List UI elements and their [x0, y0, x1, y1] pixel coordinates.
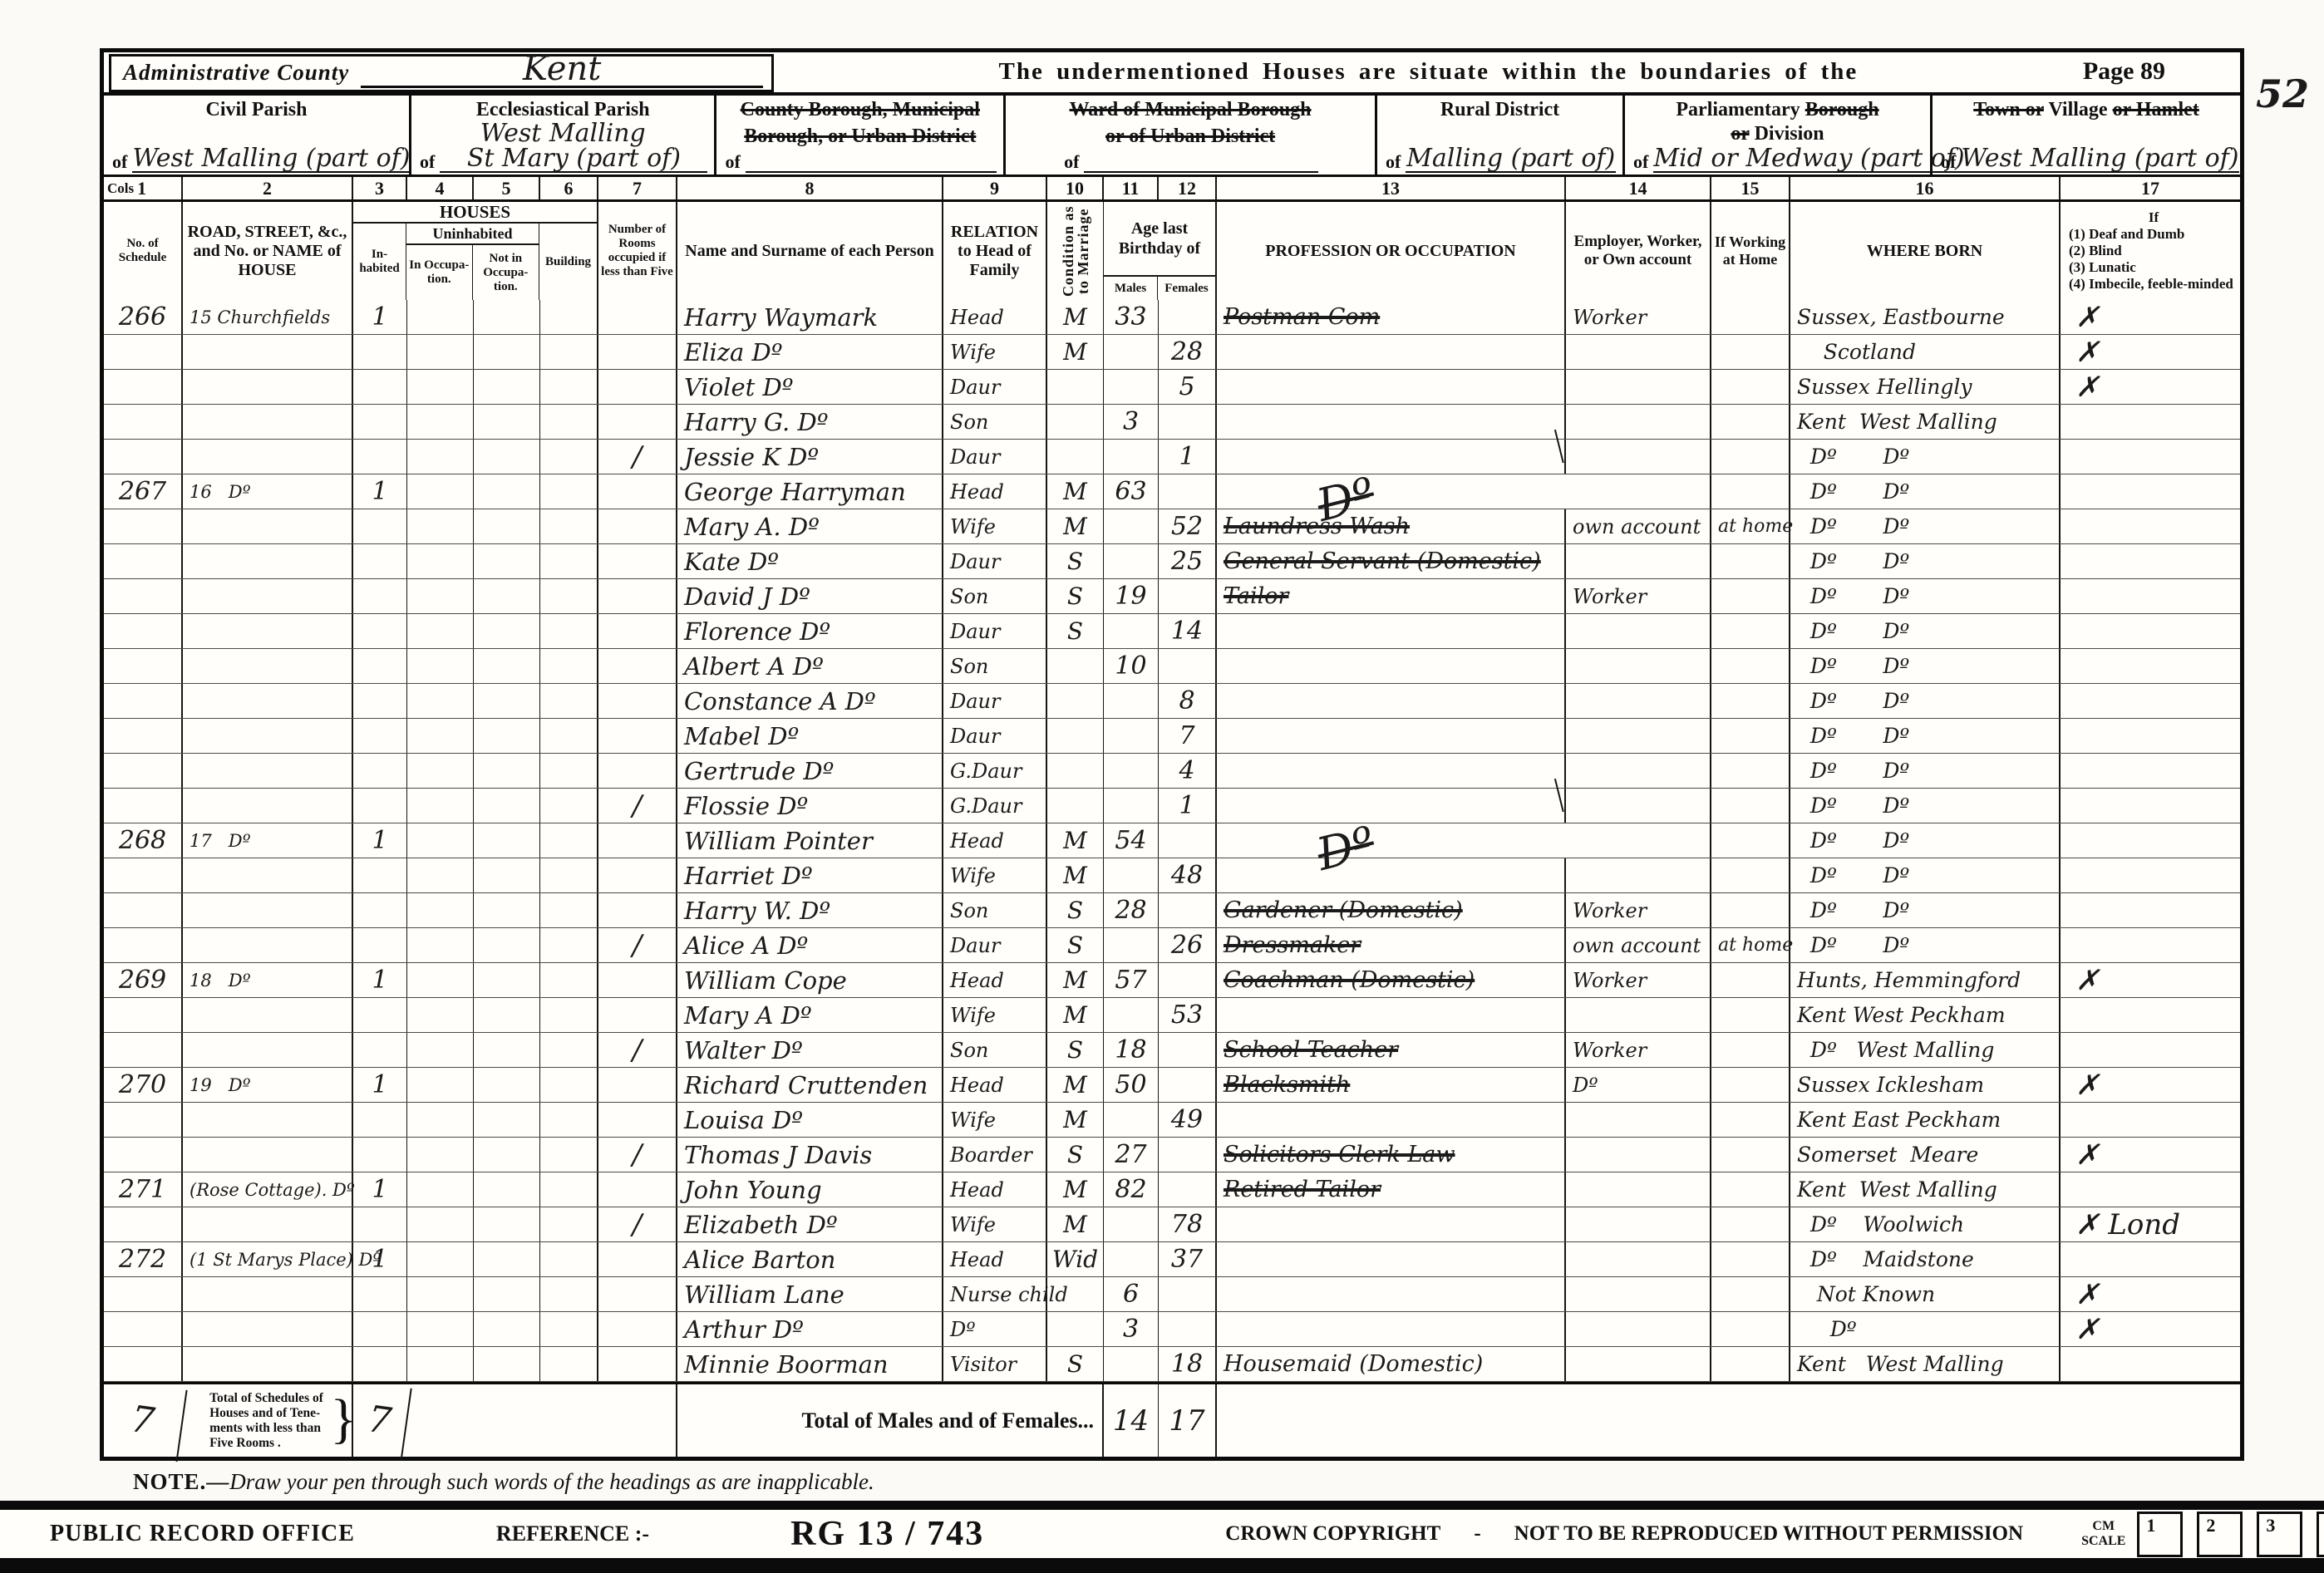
rooms-mark [598, 405, 677, 439]
schedule-number [104, 1103, 183, 1137]
working-at-home [1711, 1033, 1790, 1067]
inhabited-mark [353, 614, 407, 648]
age-male [1104, 1242, 1159, 1276]
working-at-home [1711, 1068, 1790, 1102]
age-male [1104, 614, 1159, 648]
table-row: 267 16 Dº 1 George Harryman Head M 63 Dº… [104, 474, 2240, 509]
rooms-mark [598, 300, 677, 334]
occupation: General Servant (Domestic) [1217, 544, 1566, 578]
rooms-mark [598, 858, 677, 892]
infirmity-mark [2061, 858, 2240, 892]
column-numbers-row: Cols1 2 3 4 5 6 7 8 9 10 11 12 13 14 15 … [104, 177, 2240, 202]
age-male [1104, 858, 1159, 892]
age-male: 6 [1104, 1277, 1159, 1311]
relation-to-head: Daur [943, 684, 1047, 718]
of-label: of [1062, 151, 1084, 173]
relation-to-head: G.Daur [943, 754, 1047, 788]
parliamentary-value: Mid or Medway (part of) [1653, 146, 1964, 173]
uninhabited-in-occupation-cell [407, 858, 474, 892]
working-at-home [1711, 614, 1790, 648]
building-cell [540, 300, 598, 334]
marriage-condition [1047, 719, 1104, 753]
building-cell [540, 684, 598, 718]
person-name: Harry Waymark [677, 300, 943, 334]
inhabited-mark [353, 789, 407, 823]
infirmity-mark: ✗ [2061, 963, 2240, 997]
relation-to-head: Head [943, 823, 1047, 858]
occupation: Tailor [1217, 579, 1566, 613]
uninhabited-not-in-occupation-cell [474, 858, 540, 892]
age-female [1159, 963, 1217, 997]
age-female [1159, 300, 1217, 334]
of-label: of [111, 151, 132, 173]
schedule-number [104, 579, 183, 613]
age-male: 18 [1104, 1033, 1159, 1067]
ecclesiastical-parish-cell: Ecclesiastical Parish West Malling of St… [411, 96, 716, 175]
schedule-number: 272 [104, 1242, 183, 1276]
col-num-17: 17 [2061, 177, 2240, 199]
col-header-profession: PROFESSION OR OCCUPATION [1217, 202, 1566, 300]
uninhabited-not-in-occupation-cell [474, 335, 540, 369]
road-name [183, 509, 353, 543]
person-name: Louisa Dº [677, 1103, 943, 1137]
occupation: Coachman (Domestic) [1217, 963, 1566, 997]
employer-worker-status: Worker [1566, 300, 1711, 334]
total-schedules-label-cell: Total of Schedules of Houses and of Tene… [183, 1384, 353, 1457]
cm-label: CM [2092, 1519, 2115, 1533]
employer-worker-status [1566, 649, 1711, 683]
occupation [1217, 1242, 1566, 1276]
infirmity-mark [2061, 405, 2240, 439]
total-males-females-label: Total of Males and of Females... [677, 1384, 1104, 1457]
occupation: Solicitors Clerk Law [1217, 1138, 1566, 1172]
age-male [1104, 1103, 1159, 1137]
age-male [1104, 1207, 1159, 1241]
age-male [1104, 335, 1159, 369]
rooms-mark [598, 474, 677, 509]
rooms-mark [598, 719, 677, 753]
employer-worker-status [1566, 1138, 1711, 1172]
table-row: / Walter Dº Son S 18 School Teacher Work… [104, 1033, 2240, 1068]
person-name: Walter Dº [677, 1033, 943, 1067]
col-num-10: 10 [1047, 177, 1104, 199]
infirmity-mark [2061, 928, 2240, 962]
working-at-home [1711, 893, 1790, 927]
table-row: 272 (1 St Marys Place) Dº 1 Alice Barton… [104, 1242, 2240, 1277]
inhabited-mark: 1 [353, 823, 407, 858]
building-cell [540, 719, 598, 753]
person-name: Alice Barton [677, 1242, 943, 1276]
employer-worker-status: own account [1566, 928, 1711, 962]
relation-to-head: Wife [943, 1103, 1047, 1137]
person-name: Elizabeth Dº [677, 1207, 943, 1241]
where-born: Scotland [1790, 335, 2061, 369]
inhabited-mark [353, 440, 407, 474]
schedule-number [104, 614, 183, 648]
rooms-mark [598, 579, 677, 613]
table-row: / Alice A Dº Daur S 26 Dressmaker own ac… [104, 928, 2240, 963]
age-female [1159, 405, 1217, 439]
person-name: John Young [677, 1172, 943, 1207]
relation-to-head: Head [943, 300, 1047, 334]
marriage-condition [1047, 754, 1104, 788]
employer-worker-status: Worker [1566, 579, 1711, 613]
age-male [1104, 509, 1159, 543]
occupation: Retired Tailor [1217, 1172, 1566, 1207]
building-cell [540, 405, 598, 439]
uninhabited-in-occupation-cell [407, 370, 474, 404]
census-scan-page: 52 Administrative County Kent The underm… [0, 0, 2324, 1573]
relation-to-head: Daur [943, 928, 1047, 962]
employer-worker-status [1566, 858, 1711, 892]
uninhabited-in-occupation-cell [407, 684, 474, 718]
infirmity-mark [2061, 684, 2240, 718]
working-at-home [1711, 1312, 1790, 1346]
relation-to-head: Daur [943, 440, 1047, 474]
marriage-condition: S [1047, 1033, 1104, 1067]
working-at-home [1711, 1242, 1790, 1276]
employer-worker-status [1566, 544, 1711, 578]
where-born: Dº Dº [1790, 614, 2061, 648]
ecclesiastical-parish-title: Ecclesiastical Parish [418, 99, 707, 121]
employer-worker-status [1566, 754, 1711, 788]
col-num-7: 7 [598, 177, 677, 199]
county-borough-title-line2: Borough, or Urban District [723, 125, 997, 148]
parliamentary-word: Parliamentary [1676, 99, 1800, 120]
age-male [1104, 998, 1159, 1032]
inhabited-mark [353, 1277, 407, 1311]
table-row: 271 (Rose Cottage). Dº 1 John Young Head… [104, 1172, 2240, 1207]
age-female [1159, 474, 1217, 509]
employer-worker-status: Dº [1566, 1068, 1711, 1102]
age-female: 78 [1159, 1207, 1217, 1241]
occupation [1217, 405, 1566, 439]
infirmity-mark: ✗ [2061, 1138, 2240, 1172]
marriage-condition [1047, 405, 1104, 439]
uninhabited-not-in-occupation-cell [474, 509, 540, 543]
rooms-mark [598, 614, 677, 648]
person-name: William Lane [677, 1277, 943, 1311]
parliamentary-title-line2: or Division [1632, 123, 1923, 145]
uninhabited-in-occupation-cell [407, 300, 474, 334]
scale-box-1: 1 [2137, 1512, 2183, 1557]
relation-to-head: Son [943, 405, 1047, 439]
town-village-value: West Malling (part of) [1961, 146, 2238, 173]
age-female [1159, 1312, 1217, 1346]
col-num-3: 3 [353, 177, 407, 199]
infirmity-mark [2061, 474, 2240, 509]
uninhabited-in-occupation-cell [407, 754, 474, 788]
uninhabited-in-occupation-cell [407, 1138, 474, 1172]
table-row: Florence Dº Daur S 14 Dº Dº [104, 614, 2240, 649]
inhabited-mark [353, 335, 407, 369]
public-record-office-label: PUBLIC RECORD OFFICE [50, 1521, 355, 1547]
table-row: 270 19 Dº 1 Richard Cruttenden Head M 50… [104, 1068, 2240, 1103]
age-male [1104, 684, 1159, 718]
note-line: NOTE.—Draw your pen through such words o… [133, 1469, 874, 1495]
occupation: Blacksmith [1217, 1068, 1566, 1102]
reproduction-notice: NOT TO BE REPRODUCED WITHOUT PERMISSION [1514, 1522, 2023, 1546]
schedule-number [104, 440, 183, 474]
building-cell [540, 1312, 598, 1346]
infirmity-mark [2061, 1172, 2240, 1207]
where-born: Dº Dº [1790, 789, 2061, 823]
road-name [183, 754, 353, 788]
employer-worker-status [1566, 405, 1711, 439]
ward-title-line1: Ward of Municipal Borough [1012, 99, 1368, 121]
uninhabited-not-in-occupation-cell [474, 370, 540, 404]
person-name: Kate Dº [677, 544, 943, 578]
col-header-males: Males [1104, 277, 1158, 300]
working-at-home [1711, 300, 1790, 334]
marriage-condition [1047, 789, 1104, 823]
marriage-condition: M [1047, 1172, 1104, 1207]
infirmity-mark [2061, 544, 2240, 578]
col-num-8: 8 [677, 177, 943, 199]
reference-label: REFERENCE :- [496, 1521, 649, 1546]
of-label: of [723, 151, 745, 173]
working-at-home [1711, 335, 1790, 369]
county-borough-title-line1: County Borough, Municipal [723, 99, 997, 121]
infirmity-mark [2061, 823, 2240, 858]
col-header-condition: Condition as to Marriage [1047, 202, 1104, 300]
inhabited-mark [353, 754, 407, 788]
table-row: Mary A. Dº Wife M 52 Laundress Wash own … [104, 509, 2240, 544]
ecclesiastical-parish-value2: St Mary (part of) [440, 146, 707, 173]
road-name [183, 440, 353, 474]
col-num-13: 13 [1217, 177, 1566, 199]
where-born: Dº Dº [1790, 858, 2061, 892]
col-header-infirmity: If (1) Deaf and Dumb (2) Blind (3) Lunat… [2061, 202, 2240, 300]
marriage-condition: M [1047, 335, 1104, 369]
marriage-condition: M [1047, 1103, 1104, 1137]
age-female: 52 [1159, 509, 1217, 543]
infirmity-mark [2061, 1347, 2240, 1381]
footer-bar: PUBLIC RECORD OFFICE REFERENCE :- RG 13 … [0, 1501, 2324, 1573]
age-male: 19 [1104, 579, 1159, 613]
uninhabited-in-occupation-cell [407, 1312, 474, 1346]
inhabited-mark: 1 [353, 1172, 407, 1207]
relation-to-head: G.Daur [943, 789, 1047, 823]
where-born: Hunts, Hemmingford [1790, 963, 2061, 997]
marriage-condition: S [1047, 579, 1104, 613]
working-at-home [1711, 754, 1790, 788]
age-female [1159, 1277, 1217, 1311]
road-name: 17 Dº [183, 823, 353, 858]
working-at-home [1711, 998, 1790, 1032]
uninhabited-in-occupation-cell [407, 1068, 474, 1102]
where-born: Dº Dº [1790, 754, 2061, 788]
uninhabited-not-in-occupation-cell [474, 998, 540, 1032]
working-at-home [1711, 1277, 1790, 1311]
infirmity-mark [2061, 754, 2240, 788]
age-male: 3 [1104, 405, 1159, 439]
person-name: Richard Cruttenden [677, 1068, 943, 1102]
marriage-condition: Wid [1047, 1242, 1104, 1276]
col-header-road: ROAD, STREET, &c., and No. or NAME of HO… [183, 202, 353, 300]
age-male: 27 [1104, 1138, 1159, 1172]
road-name [183, 1277, 353, 1311]
relation-to-head: Nurse child [943, 1277, 1047, 1311]
employer-worker-status [1566, 335, 1711, 369]
relation-to-head: Dº [943, 1312, 1047, 1346]
inhabited-mark [353, 509, 407, 543]
uninhabited-not-in-occupation-cell [474, 928, 540, 962]
table-row: Minnie Boorman Visitor S 18 Housemaid (D… [104, 1347, 2240, 1382]
uninhabited-in-occupation-cell [407, 928, 474, 962]
employer-worker-status [1566, 1312, 1711, 1346]
age-male: 50 [1104, 1068, 1159, 1102]
where-born: Somerset Meare [1790, 1138, 2061, 1172]
road-name [183, 1033, 353, 1067]
schedule-number [104, 789, 183, 823]
infirmity-mark: ✗ [2061, 300, 2240, 334]
employer-worker-status [1566, 614, 1711, 648]
table-row: Harriet Dº Wife M 48 Dº Dº [104, 858, 2240, 893]
age-male: 28 [1104, 893, 1159, 927]
working-at-home: at home [1711, 928, 1790, 962]
schedule-number [104, 719, 183, 753]
schedule-number [104, 893, 183, 927]
age-female: 8 [1159, 684, 1217, 718]
where-born: Dº Dº [1790, 509, 2061, 543]
person-name: Harry G. Dº [677, 405, 943, 439]
schedule-number: 267 [104, 474, 183, 509]
road-name [183, 614, 353, 648]
town-or-struck: Town or [1973, 99, 2044, 120]
uninhabited-not-in-occupation-cell [474, 719, 540, 753]
rooms-mark: / [598, 1207, 677, 1241]
table-row: 266 15 Churchfields 1 Harry Waymark Head… [104, 300, 2240, 335]
uninhabited-not-in-occupation-cell [474, 579, 540, 613]
age-male: 63 [1104, 474, 1159, 509]
rooms-mark [598, 1312, 677, 1346]
total-males-value: 14 [1104, 1384, 1159, 1457]
infirmity-mark [2061, 998, 2240, 1032]
infirmity-mark: ✗ [2061, 370, 2240, 404]
rooms-mark [598, 1103, 677, 1137]
working-at-home [1711, 1347, 1790, 1381]
age-male: 82 [1104, 1172, 1159, 1207]
road-name [183, 1138, 353, 1172]
uninhabited-in-occupation-cell [407, 405, 474, 439]
employer-worker-status [1566, 1347, 1711, 1381]
uninhabited-not-in-occupation-cell [474, 1347, 540, 1381]
building-cell [540, 928, 598, 962]
infirmity-item-2: (2) Blind [2069, 243, 2122, 259]
marriage-condition [1047, 684, 1104, 718]
rooms-mark: / [598, 928, 677, 962]
col-header-name: Name and Surname of each Person [677, 202, 943, 300]
employer-worker-status [1566, 823, 1711, 858]
person-name: Thomas J Davis [677, 1138, 943, 1172]
age-female: 49 [1159, 1103, 1217, 1137]
marriage-condition: S [1047, 544, 1104, 578]
road-name: 18 Dº [183, 963, 353, 997]
road-name: 15 Churchfields [183, 300, 353, 334]
person-name: David J Dº [677, 579, 943, 613]
employer-worker-status: Worker [1566, 1033, 1711, 1067]
age-female [1159, 893, 1217, 927]
where-born: Dº Dº [1790, 928, 2061, 962]
rural-district-cell: Rural District of Malling (part of) [1377, 96, 1625, 175]
marriage-condition [1047, 370, 1104, 404]
infirmity-mark: ✗ [2061, 1068, 2240, 1102]
occupation [1217, 370, 1566, 404]
schedule-number [104, 509, 183, 543]
col-header-building: Building [539, 224, 597, 300]
person-name: William Pointer [677, 823, 943, 858]
marriage-condition: M [1047, 963, 1104, 997]
table-row: Harry G. Dº Son 3 Kent West Malling [104, 405, 2240, 440]
page-number: Page 89 [2083, 57, 2240, 92]
table-row: Kate Dº Daur S 25 General Servant (Domes… [104, 544, 2240, 579]
of-label: of [1632, 151, 1653, 173]
uninhabited-not-in-occupation-cell [474, 1138, 540, 1172]
col-header-in-occupation: In Occupa-tion. [406, 245, 473, 300]
situate-statement: The undermentioned Houses are situate wi… [774, 58, 2083, 92]
employer-worker-status [1566, 474, 1711, 509]
uninhabited-in-occupation-cell [407, 789, 474, 823]
employer-worker-status [1566, 998, 1711, 1032]
uninhabited-in-occupation-cell [407, 579, 474, 613]
occupation: Postman Com [1217, 300, 1566, 334]
relation-to-head: Wife [943, 998, 1047, 1032]
building-cell [540, 1103, 598, 1137]
age-female [1159, 1033, 1217, 1067]
age-female: 48 [1159, 858, 1217, 892]
employer-worker-status [1566, 1242, 1711, 1276]
or-hamlet-struck: or Hamlet [2113, 99, 2199, 120]
rooms-mark [598, 370, 677, 404]
occupation [1217, 998, 1566, 1032]
age-male [1104, 719, 1159, 753]
building-cell [540, 1033, 598, 1067]
occupation [1217, 1103, 1566, 1137]
where-born: Dº Dº [1790, 544, 2061, 578]
inhabited-mark [353, 719, 407, 753]
building-cell [540, 893, 598, 927]
age-male [1104, 789, 1159, 823]
relation-to-head: Daur [943, 719, 1047, 753]
rooms-mark [598, 1277, 677, 1311]
road-name: (Rose Cottage). Dº [183, 1172, 353, 1207]
uninhabited-in-occupation-cell [407, 1207, 474, 1241]
table-row: William Lane Nurse child 6 Not Known ✗ [104, 1277, 2240, 1312]
relation-to-head: Visitor [943, 1347, 1047, 1381]
infirmity-mark: ✗ [2061, 1277, 2240, 1311]
col-num-4: 4 [407, 177, 474, 199]
uninhabited-in-occupation-cell [407, 544, 474, 578]
inhabited-mark [353, 579, 407, 613]
ward-title-line2: or of Urban District [1012, 125, 1368, 148]
person-name: Mary A Dº [677, 998, 943, 1032]
col-header-schedule: No. of Schedule [104, 202, 183, 300]
infirmity-mark: ✗ [2061, 1312, 2240, 1346]
building-cell [540, 474, 598, 509]
where-born: Dº Dº [1790, 579, 2061, 613]
schedule-number [104, 998, 183, 1032]
table-row: Harry W. Dº Son S 28 Gardener (Domestic)… [104, 893, 2240, 928]
age-female [1159, 1138, 1217, 1172]
rooms-mark [598, 649, 677, 683]
table-row: Eliza Dº Wife M 28 Scotland ✗ [104, 335, 2240, 370]
where-born: Dº Dº [1790, 474, 2061, 509]
or-word-struck: or [1731, 123, 1749, 145]
scale-box-3: 3 [2257, 1512, 2302, 1557]
scale-ruler: 1 2 3 4 5 6 [2137, 1512, 2324, 1557]
employer-worker-status [1566, 719, 1711, 753]
